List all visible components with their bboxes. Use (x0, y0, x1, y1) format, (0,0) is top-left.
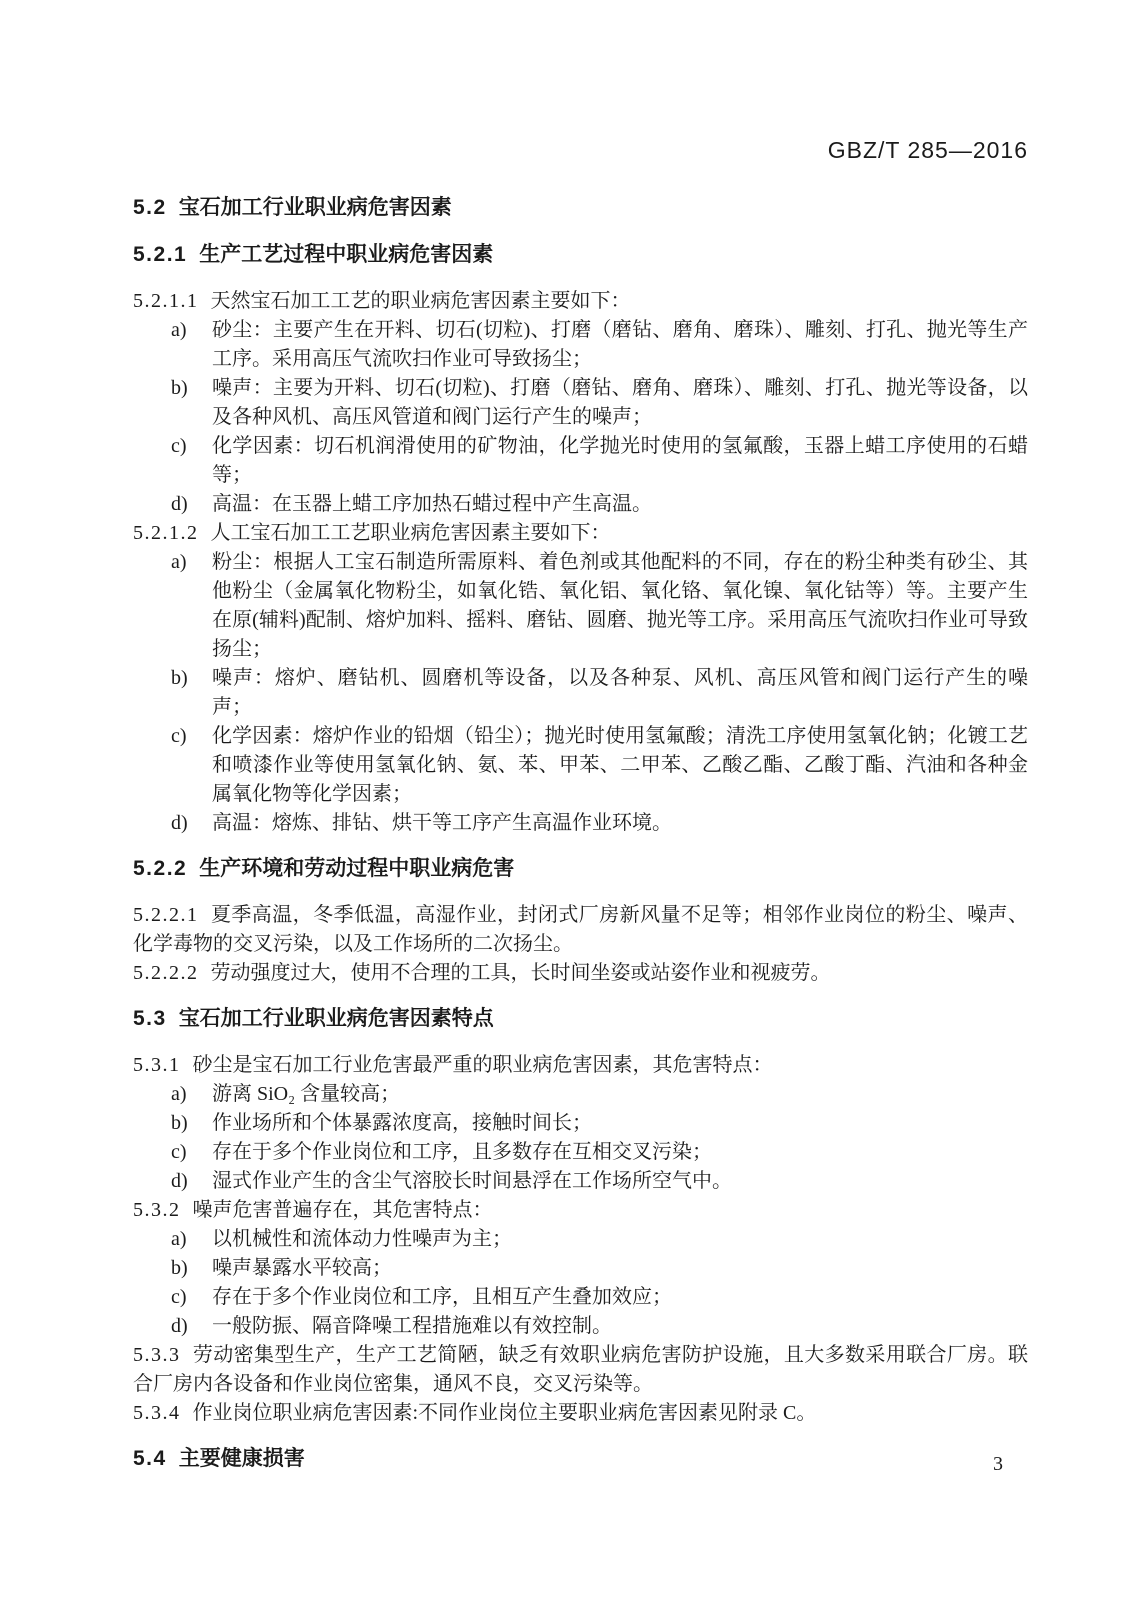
list-item-label: b) (171, 1254, 188, 1283)
list-item-text: 粉尘：根据人工宝石制造所需原料、着色剂或其他配料的不同，存在的粉尘种类有砂尘、其… (212, 551, 1028, 660)
clause-5-2-2-1: 5.2.2.1夏季高温，冬季低温，高湿作业，封闭式厂房新风量不足等；相邻作业岗位… (133, 901, 1028, 959)
standard-number: GBZ/T 285—2016 (133, 137, 1028, 163)
list-item-label: c) (171, 1283, 187, 1312)
list-item: b)噪声：熔炉、磨钻机、圆磨机等设备，以及各种泵、风机、高压风管和阀门运行产生的… (133, 664, 1028, 722)
clause-5-3-4: 5.3.4作业岗位职业病危害因素:不同作业岗位主要职业病危害因素见附录 C。 (133, 1399, 1028, 1428)
clause-5-2-1-2: 5.2.1.2人工宝石加工工艺职业病危害因素主要如下： (133, 519, 1028, 548)
list-item: a)游离 SiO₂ 含量较高； (133, 1080, 1028, 1109)
clause-5-2-1-1: 5.2.1.1天然宝石加工工艺的职业病危害因素主要如下： (133, 287, 1028, 316)
clause-number: 5.2.2.2 (133, 962, 199, 984)
clause-title: 生产工艺过程中职业病危害因素 (199, 243, 493, 266)
clause-text: 夏季高温，冬季低温，高湿作业，封闭式厂房新风量不足等；相邻作业岗位的粉尘、噪声、… (133, 904, 1028, 955)
clause-text: 人工宝石加工工艺职业病危害因素主要如下： (211, 522, 611, 544)
list-item: d)一般防振、隔音降噪工程措施难以有效控制。 (133, 1312, 1028, 1341)
clause-text: 天然宝石加工工艺的职业病危害因素主要如下： (211, 290, 631, 312)
list-item: c)化学因素：熔炉作业的铅烟（铅尘）；抛光时使用氢氟酸；清洗工序使用氢氧化钠；化… (133, 722, 1028, 809)
clause-list-5-3-2: a)以机械性和流体动力性噪声为主； b)噪声暴露水平较高； c)存在于多个作业岗… (133, 1225, 1028, 1341)
list-item-text: 一般防振、隔音降噪工程措施难以有效控制。 (212, 1315, 612, 1337)
list-item-label: b) (171, 374, 188, 403)
list-item-label: a) (171, 316, 187, 345)
list-item-text: 以机械性和流体动力性噪声为主； (212, 1228, 512, 1250)
clause-number: 5.2.2.1 (133, 904, 199, 926)
clause-number: 5.2.1.2 (133, 522, 199, 544)
list-item-label: b) (171, 664, 188, 693)
list-item-text: 存在于多个作业岗位和工序，且相互产生叠加效应； (212, 1286, 672, 1308)
list-item-text: 化学因素：切石机润滑使用的矿物油，化学抛光时使用的氢氟酸，玉器上蜡工序使用的石蜡… (212, 435, 1028, 486)
clause-heading-5-2-1: 5.2.1生产工艺过程中职业病危害因素 (133, 240, 1028, 269)
clause-heading-5-2: 5.2宝石加工行业职业病危害因素 (133, 193, 1028, 222)
clause-5-3-2: 5.3.2噪声危害普遍存在，其危害特点： (133, 1196, 1028, 1225)
clause-number: 5.2 (133, 196, 167, 219)
list-item-label: d) (171, 809, 188, 838)
list-item: b)作业场所和个体暴露浓度高，接触时间长； (133, 1109, 1028, 1138)
clause-5-3-3: 5.3.3劳动密集型生产，生产工艺简陋，缺乏有效职业病危害防护设施，且大多数采用… (133, 1341, 1028, 1399)
list-item: b)噪声暴露水平较高； (133, 1254, 1028, 1283)
clause-number: 5.3.1 (133, 1054, 181, 1076)
list-item: c)化学因素：切石机润滑使用的矿物油，化学抛光时使用的氢氟酸，玉器上蜡工序使用的… (133, 432, 1028, 490)
list-item-label: d) (171, 1167, 188, 1196)
list-item-text: 游离 SiO₂ 含量较高； (212, 1083, 400, 1105)
clause-title: 宝石加工行业职业病危害因素 (179, 196, 452, 219)
clause-number: 5.3.2 (133, 1199, 181, 1221)
page-number: 3 (993, 1450, 1003, 1479)
list-item: c)存在于多个作业岗位和工序，且多数存在互相交叉污染； (133, 1138, 1028, 1167)
list-item-label: c) (171, 432, 187, 461)
list-item-text: 存在于多个作业岗位和工序，且多数存在互相交叉污染； (212, 1141, 712, 1163)
list-item: d)高温：熔炼、排钻、烘干等工序产生高温作业环境。 (133, 809, 1028, 838)
list-item-text: 噪声暴露水平较高； (212, 1257, 392, 1279)
clause-text: 劳动强度过大，使用不合理的工具，长时间坐姿或站姿作业和视疲劳。 (211, 962, 831, 984)
clause-text: 砂尘是宝石加工行业危害最严重的职业病危害因素，其危害特点： (193, 1054, 773, 1076)
list-item-text: 湿式作业产生的含尘气溶胶长时间悬浮在工作场所空气中。 (212, 1170, 732, 1192)
list-item-text: 高温：在玉器上蜡工序加热石蜡过程中产生高温。 (212, 493, 652, 515)
clause-list-5-3-1: a)游离 SiO₂ 含量较高； b)作业场所和个体暴露浓度高，接触时间长； c)… (133, 1080, 1028, 1196)
clause-heading-5-4: 5.4主要健康损害 (133, 1444, 1028, 1473)
list-item-label: d) (171, 490, 188, 519)
clause-list-5-2-1-2: a)粉尘：根据人工宝石制造所需原料、着色剂或其他配料的不同，存在的粉尘种类有砂尘… (133, 548, 1028, 838)
list-item-text: 高温：熔炼、排钻、烘干等工序产生高温作业环境。 (212, 812, 672, 834)
list-item-text: 作业场所和个体暴露浓度高，接触时间长； (212, 1112, 592, 1134)
clause-text: 劳动密集型生产，生产工艺简陋，缺乏有效职业病危害防护设施，且大多数采用联合厂房。… (133, 1344, 1028, 1395)
clause-number: 5.2.2 (133, 857, 187, 880)
list-item: c)存在于多个作业岗位和工序，且相互产生叠加效应； (133, 1283, 1028, 1312)
clause-number: 5.4 (133, 1447, 167, 1470)
clause-number: 5.3.4 (133, 1402, 181, 1424)
clause-number: 5.3 (133, 1007, 167, 1030)
list-item-label: a) (171, 1225, 187, 1254)
clause-list-5-2-1-1: a)砂尘：主要产生在开料、切石(切粒)、打磨（磨钻、磨角、磨珠）、雕刻、打孔、抛… (133, 316, 1028, 519)
clause-5-2-2-2: 5.2.2.2劳动强度过大，使用不合理的工具，长时间坐姿或站姿作业和视疲劳。 (133, 959, 1028, 988)
list-item: b)噪声：主要为开料、切石(切粒)、打磨（磨钻、磨角、磨珠）、雕刻、打孔、抛光等… (133, 374, 1028, 432)
clause-number: 5.2.1.1 (133, 290, 199, 312)
list-item-text: 噪声：主要为开料、切石(切粒)、打磨（磨钻、磨角、磨珠）、雕刻、打孔、抛光等设备… (212, 377, 1028, 428)
list-item: d)湿式作业产生的含尘气溶胶长时间悬浮在工作场所空气中。 (133, 1167, 1028, 1196)
list-item: a)砂尘：主要产生在开料、切石(切粒)、打磨（磨钻、磨角、磨珠）、雕刻、打孔、抛… (133, 316, 1028, 374)
clause-number: 5.3.3 (133, 1344, 181, 1366)
list-item: d)高温：在玉器上蜡工序加热石蜡过程中产生高温。 (133, 490, 1028, 519)
list-item-text: 化学因素：熔炉作业的铅烟（铅尘）；抛光时使用氢氟酸；清洗工序使用氢氧化钠；化镀工… (212, 725, 1028, 805)
clause-5-3-1: 5.3.1砂尘是宝石加工行业危害最严重的职业病危害因素，其危害特点： (133, 1051, 1028, 1080)
clause-number: 5.2.1 (133, 243, 187, 266)
list-item-label: d) (171, 1312, 188, 1341)
clause-text: 噪声危害普遍存在，其危害特点： (193, 1199, 493, 1221)
clause-title: 生产环境和劳动过程中职业病危害 (199, 857, 514, 880)
list-item-label: a) (171, 548, 187, 577)
list-item-label: b) (171, 1109, 188, 1138)
clause-heading-5-2-2: 5.2.2生产环境和劳动过程中职业病危害 (133, 854, 1028, 883)
list-item-text: 噪声：熔炉、磨钻机、圆磨机等设备，以及各种泵、风机、高压风管和阀门运行产生的噪声… (212, 667, 1028, 718)
list-item: a)粉尘：根据人工宝石制造所需原料、着色剂或其他配料的不同，存在的粉尘种类有砂尘… (133, 548, 1028, 664)
list-item-label: c) (171, 1138, 187, 1167)
clause-title: 主要健康损害 (179, 1447, 305, 1470)
clause-title: 宝石加工行业职业病危害因素特点 (179, 1007, 494, 1030)
clause-heading-5-3: 5.3宝石加工行业职业病危害因素特点 (133, 1004, 1028, 1033)
list-item-label: a) (171, 1080, 187, 1109)
clause-text: 作业岗位职业病危害因素:不同作业岗位主要职业病危害因素见附录 C。 (193, 1402, 817, 1424)
document-page: GBZ/T 285—2016 5.2宝石加工行业职业病危害因素 5.2.1生产工… (0, 0, 1132, 1600)
list-item-text: 砂尘：主要产生在开料、切石(切粒)、打磨（磨钻、磨角、磨珠）、雕刻、打孔、抛光等… (212, 319, 1028, 370)
list-item: a)以机械性和流体动力性噪声为主； (133, 1225, 1028, 1254)
list-item-label: c) (171, 722, 187, 751)
